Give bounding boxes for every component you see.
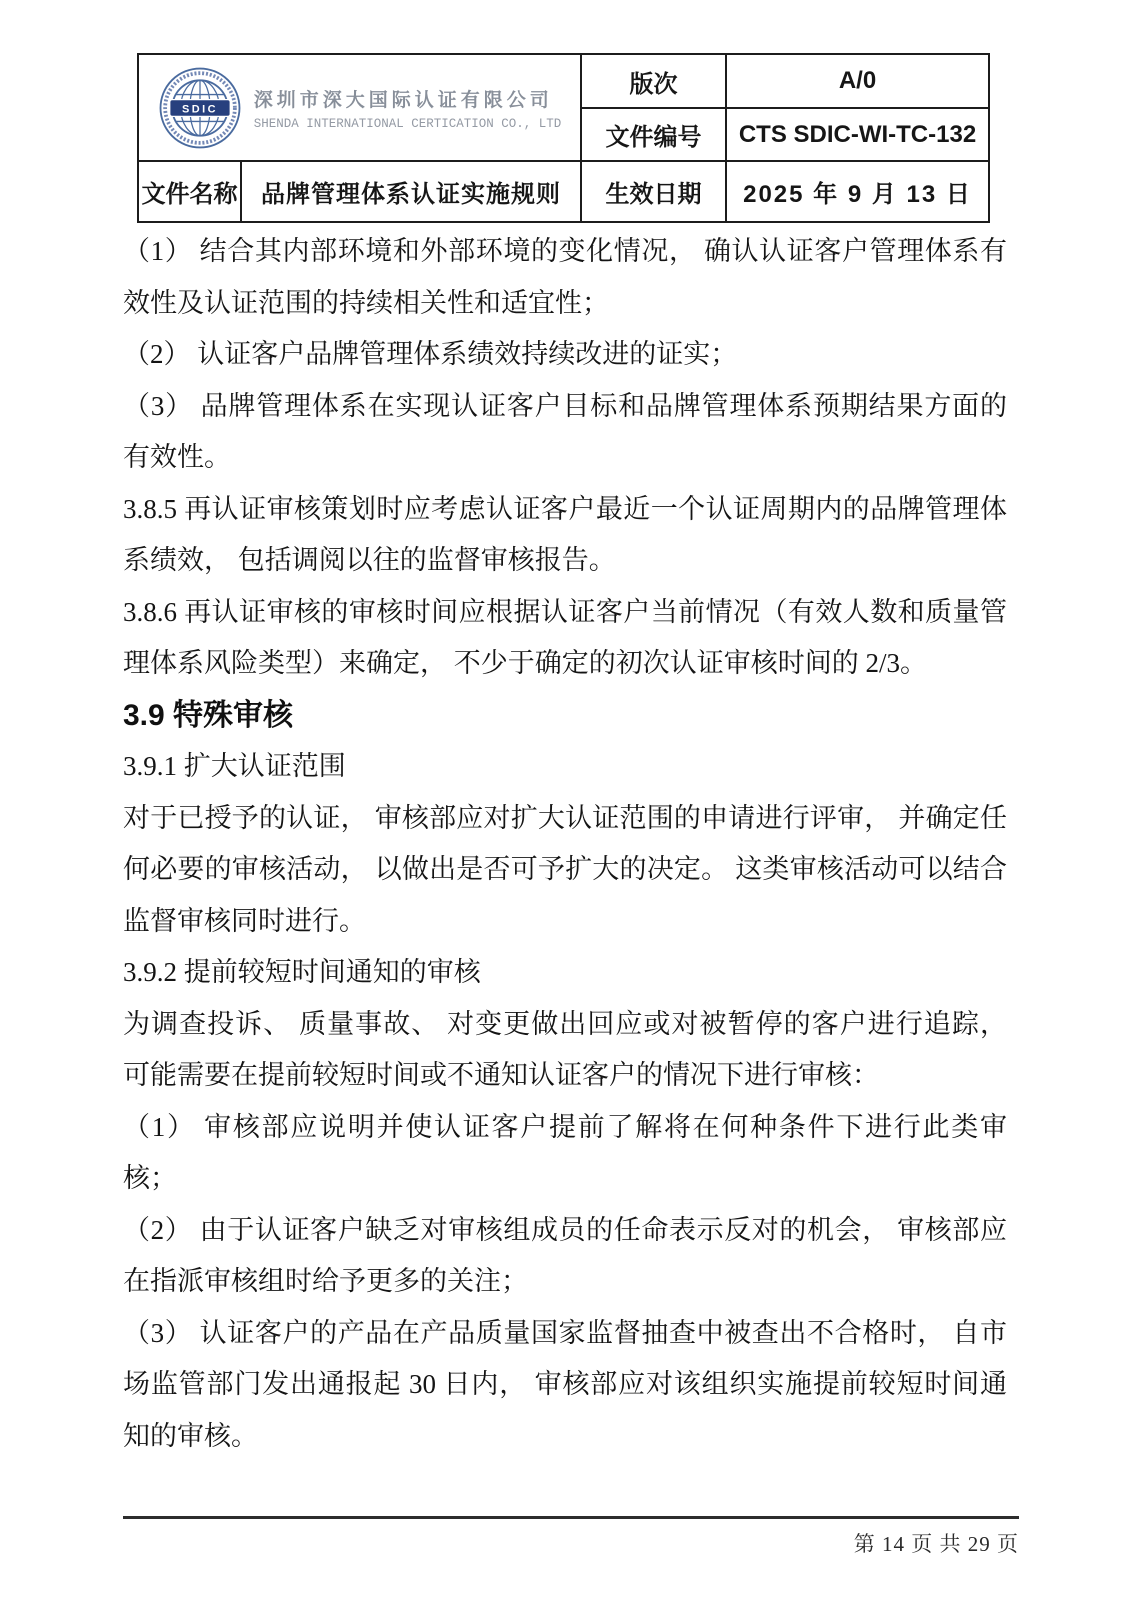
para-3-9-1-body: 对于已授予的认证， 审核部应对扩大认证范围的申请进行评审， 并确定任何必要的审核…: [123, 793, 1007, 948]
section-heading-3-9: 3.9 特殊审核: [123, 690, 1007, 742]
emblem-text: SDIC: [182, 103, 218, 115]
clause-2-improvement: （2） 认证客户品牌管理体系绩效持续改进的证实；: [123, 329, 1007, 381]
para-3-9-2-item-1: （1） 审核部应说明并使认证客户提前了解将在何种条件下进行此类审核；: [123, 1102, 1007, 1205]
para-3-9-1-title: 3.9.1 扩大认证范围: [123, 741, 1007, 793]
company-logo: SDIC 深圳市深大国际认证有限公司 SHENDA INTERNATIONAL …: [139, 62, 580, 154]
company-name-en: SHENDA INTERNATIONAL CERTICATION CO., LT…: [254, 117, 562, 131]
para-3-9-2-title: 3.9.2 提前较短时间通知的审核: [123, 947, 1007, 999]
page-footer: 第 14 页 共 29 页: [123, 1516, 1019, 1558]
document-header-table: SDIC 深圳市深大国际认证有限公司 SHENDA INTERNATIONAL …: [137, 53, 990, 223]
para-3-9-2-intro: 为调查投诉、 质量事故、 对变更做出回应或对被暂停的客户进行追踪， 可能需要在提…: [123, 999, 1007, 1102]
effective-date-label: 生效日期: [581, 161, 726, 222]
doc-name-label: 文件名称: [138, 161, 241, 222]
doc-name-value: 品牌管理体系认证实施规则: [241, 161, 581, 222]
doc-number-label: 文件编号: [581, 108, 726, 161]
document-page: SDIC 深圳市深大国际认证有限公司 SHENDA INTERNATIONAL …: [0, 0, 1131, 1600]
para-3-8-6: 3.8.6 再认证审核的审核时间应根据认证客户当前情况（有效人数和质量管理体系风…: [123, 587, 1007, 690]
para-3-9-2-item-2: （2） 由于认证客户缺乏对审核组成员的任命表示反对的机会， 审核部应在指派审核组…: [123, 1205, 1007, 1308]
version-label: 版次: [581, 54, 726, 108]
version-value: A/0: [726, 54, 989, 108]
logo-cell: SDIC 深圳市深大国际认证有限公司 SHENDA INTERNATIONAL …: [138, 54, 581, 161]
company-emblem-icon: SDIC: [158, 66, 242, 150]
company-names: 深圳市深大国际认证有限公司 SHENDA INTERNATIONAL CERTI…: [254, 85, 562, 131]
document-body: （1） 结合其内部环境和外部环境的变化情况， 确认认证客户管理体系有效性及认证范…: [123, 226, 1007, 1462]
doc-number-value: CTS SDIC-WI-TC-132: [726, 108, 989, 161]
para-3-8-5: 3.8.5 再认证审核策划时应考虑认证客户最近一个认证周期内的品牌管理体系绩效，…: [123, 484, 1007, 587]
clause-3-results: （3） 品牌管理体系在实现认证客户目标和品牌管理体系预期结果方面的有效性。: [123, 381, 1007, 484]
effective-date-value: 2025 年 9 月 13 日: [726, 161, 989, 222]
para-3-9-2-item-3: （3） 认证客户的产品在产品质量国家监督抽查中被查出不合格时， 自市场监管部门发…: [123, 1308, 1007, 1463]
page-number: 第 14 页 共 29 页: [854, 1532, 1019, 1556]
company-name-cn: 深圳市深大国际认证有限公司: [254, 85, 562, 112]
clause-1-effectiveness: （1） 结合其内部环境和外部环境的变化情况， 确认认证客户管理体系有效性及认证范…: [123, 226, 1007, 329]
